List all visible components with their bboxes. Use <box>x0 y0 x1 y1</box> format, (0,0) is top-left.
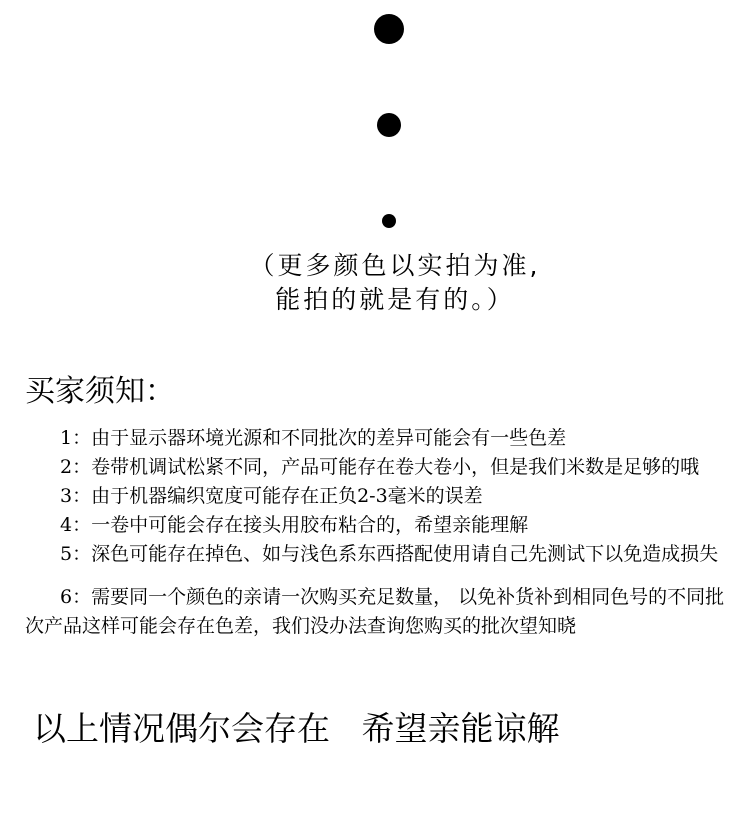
notice-item-5: 5：深色可能存在掉色、如与浅色系东西搭配使用请自己先测试下以免造成损失 <box>25 540 735 569</box>
large-dot-icon <box>374 14 404 44</box>
closing-statement: 以上情况偶尔会存在 希望亲能谅解 <box>33 706 559 752</box>
medium-dot-icon <box>377 113 401 137</box>
notice-item-4: 4：一卷中可能会存在接头用胶布粘合的，希望亲能理解 <box>25 511 735 540</box>
notice-item-1: 1：由于显示器环境光源和不同批次的差异可能会有一些色差 <box>25 424 735 453</box>
buyer-notice-list: 1：由于显示器环境光源和不同批次的差异可能会有一些色差 2：卷带机调试松紧不同，… <box>25 424 735 641</box>
notice-item-2: 2：卷带机调试松紧不同，产品可能存在卷大卷小，但是我们米数是足够的哦 <box>25 453 735 482</box>
notice-item-3: 3：由于机器编织宽度可能存在正负2-3毫米的误差 <box>25 482 735 511</box>
buyer-notice-title: 买家须知： <box>25 372 175 412</box>
color-caption-line-2: 能拍的就是有的。） <box>230 283 560 317</box>
color-caption-line-1: （更多颜色以实拍为准, <box>230 249 560 283</box>
small-dot-icon <box>382 214 396 228</box>
notice-item-6: 6：需要同一个颜色的亲请一次购买充足数量， 以免补货补到相同色号的不同批次产品这… <box>25 583 735 641</box>
